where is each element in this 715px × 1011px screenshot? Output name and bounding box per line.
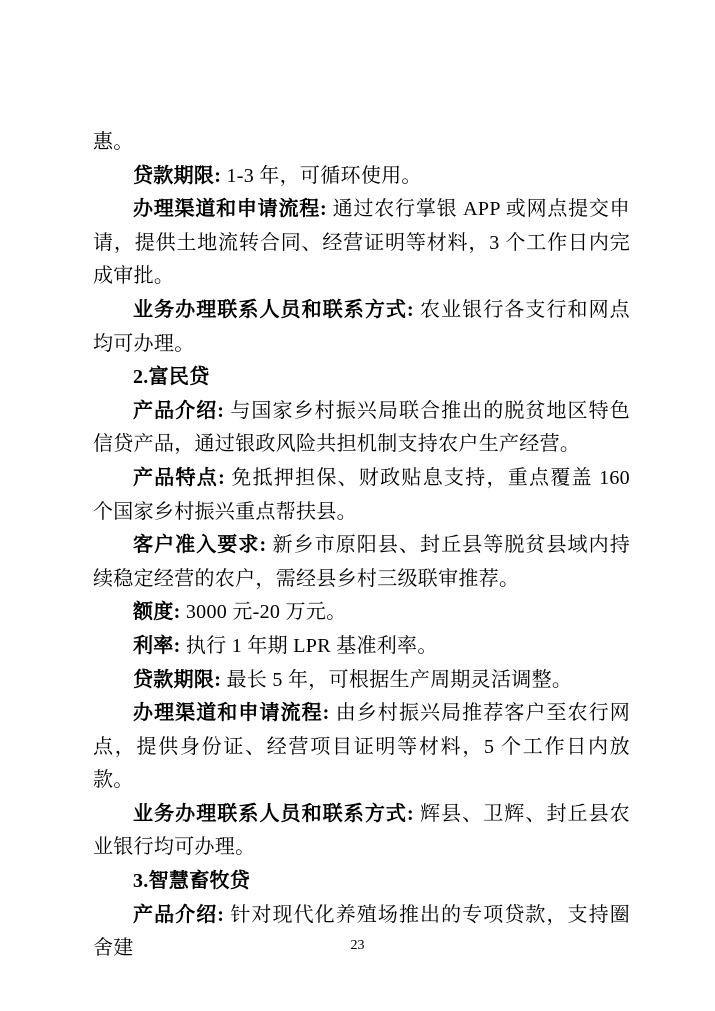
paragraph: 产品介绍: 针对现代化养殖场推出的专项贷款，支持圈舍建 [93, 899, 630, 966]
paragraph-text: 1-3 年，可循环使用。 [221, 165, 422, 187]
paragraph-label: 客户准入要求: [133, 534, 266, 556]
paragraph-text: 最长 5 年，可根据生产周期灵活调整。 [221, 669, 572, 691]
paragraph-label: 产品介绍: [133, 904, 224, 926]
paragraph-label: 办理渠道和申请流程: [133, 198, 327, 220]
page-footer: 23 [0, 936, 715, 954]
paragraph-label: 贷款期限: [133, 165, 221, 187]
paragraph: 客户准入要求: 新乡市原阳县、封丘县等脱贫县域内持续稳定经营的农户，需经县乡村三… [93, 529, 630, 596]
paragraph-label: 利率: [133, 635, 181, 657]
page-number: 23 [351, 938, 365, 953]
paragraph-label: 办理渠道和申请流程: [133, 702, 330, 724]
paragraph-label: 3.智慧畜牧贷 [133, 870, 250, 892]
paragraph-text: 惠。 [93, 131, 134, 153]
paragraph: 产品特点: 免抵押担保、财政贴息支持，重点覆盖 160 个国家乡村振兴重点帮扶县… [93, 462, 630, 529]
paragraph: 办理渠道和申请流程: 通过农行掌银 APP 或网点提交申请，提供土地流转合同、经… [93, 193, 630, 294]
paragraph: 产品介绍: 与国家乡村振兴局联合推出的脱贫地区特色信贷产品，通过银政风险共担机制… [93, 395, 630, 462]
paragraph: 贷款期限: 最长 5 年，可根据生产周期灵活调整。 [93, 664, 630, 698]
paragraph: 2.富民贷 [93, 361, 630, 395]
paragraph-label: 贷款期限: [133, 669, 221, 691]
paragraph-text: 执行 1 年期 LPR 基准利率。 [181, 635, 438, 657]
paragraph-label: 额度: [133, 601, 181, 623]
document-page: 惠。 贷款期限: 1-3 年，可循环使用。 办理渠道和申请流程: 通过农行掌银 … [0, 0, 715, 1011]
paragraph-text: 3000 元-20 万元。 [181, 601, 347, 623]
paragraph: 利率: 执行 1 年期 LPR 基准利率。 [93, 630, 630, 664]
paragraph-label: 2.富民贷 [133, 366, 210, 388]
paragraph: 额度: 3000 元-20 万元。 [93, 596, 630, 630]
paragraph-label: 业务办理联系人员和联系方式: [133, 299, 414, 321]
paragraph-label: 产品介绍: [133, 400, 224, 422]
paragraph-label: 产品特点: [133, 467, 225, 489]
paragraph: 业务办理联系人员和联系方式: 农业银行各支行和网点均可办理。 [93, 294, 630, 361]
paragraph: 办理渠道和申请流程: 由乡村振兴局推荐客户至农行网点，提供身份证、经营项目证明等… [93, 697, 630, 798]
document-body: 惠。 贷款期限: 1-3 年，可循环使用。 办理渠道和申请流程: 通过农行掌银 … [93, 126, 630, 966]
paragraph: 惠。 [93, 126, 630, 160]
paragraph: 3.智慧畜牧贷 [93, 865, 630, 899]
paragraph: 业务办理联系人员和联系方式: 辉县、卫辉、封丘县农业银行均可办理。 [93, 798, 630, 865]
paragraph: 贷款期限: 1-3 年，可循环使用。 [93, 160, 630, 194]
paragraph-label: 业务办理联系人员和联系方式: [133, 803, 414, 825]
